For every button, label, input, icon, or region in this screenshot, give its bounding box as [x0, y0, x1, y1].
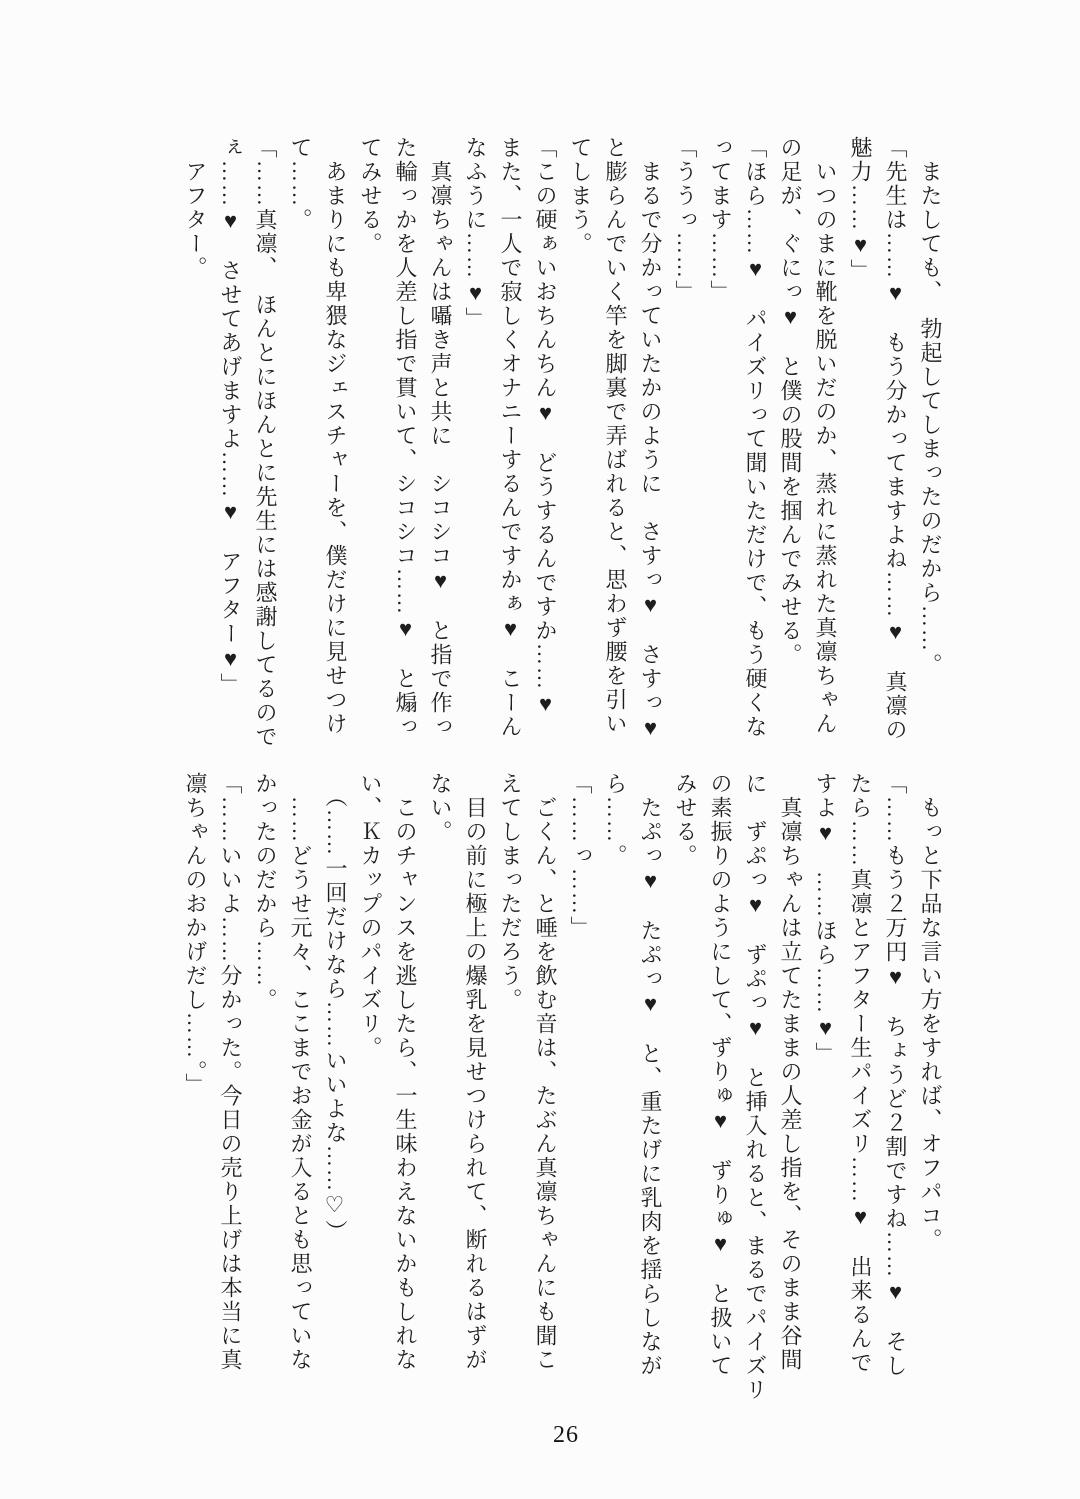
novel-page: またしても、 勃起してしまったのだから……。「先生は……♥ もう分かってますよね…: [0, 0, 1080, 1499]
text-line: 凛ちゃんのおかげだし……。」: [178, 772, 213, 1404]
text-line: 「……真凛、 ほんとにほんとに先生には感謝してるので: [248, 136, 283, 768]
text-line: 目の前に極上の爆乳を見せつけられて、断れるはずが: [458, 772, 493, 1404]
text-line: 「先生は……♥ もう分かってますよね……♥ 真凛の: [878, 136, 913, 768]
text-line: の素振りのようにして、ずりゅ♥ ずりゅ♥ と扱いて: [703, 772, 738, 1404]
text-line: まるで分かっていたかのように さすっ♥ さすっ♥: [633, 136, 668, 768]
text-line: 「……もう２万円♥ ちょうど２割ですね……♥ そし: [878, 772, 913, 1404]
text-line: ぇ……♥ させてあげますよ……♥ アフター♥」: [213, 136, 248, 768]
text-line: （……一回だけなら……いいよな……♡）: [318, 772, 353, 1404]
text-line: かったのだから……。: [248, 772, 283, 1404]
text-line: ってます……」: [703, 136, 738, 768]
text-line: 「ほら……♥ パイズリって聞いただけで、もう硬くな: [738, 136, 773, 768]
text-line: たら……真凛とアフター生パイズリ……♥ 出来るんで: [843, 772, 878, 1404]
text-line: 「ううっ……」: [668, 136, 703, 768]
text-line: このチャンスを逃したら、一生味わえないかもしれな: [388, 772, 423, 1404]
text-line: ら……。: [598, 772, 633, 1404]
text-line: あまりにも卑猥なジェスチャーを、僕だけに見せつけ: [318, 136, 353, 768]
text-line: て……。: [283, 136, 318, 768]
text-line: た輪っかを人差し指で貫いて、シコシコ……♥ と煽っ: [388, 136, 423, 768]
text-line: 真凛ちゃんは立てたままの人差し指を、そのまま谷間: [773, 772, 808, 1404]
text-line: い、Ｋカップのパイズリ。: [353, 772, 388, 1404]
text-line: てしまう。: [563, 136, 598, 768]
text-line: ない。: [423, 772, 458, 1404]
text-block-bottom: もっと下品な言い方をすれば、オフパコ。「……もう２万円♥ ちょうど２割ですね………: [178, 772, 948, 1404]
text-line: またしても、 勃起してしまったのだから……。: [913, 136, 948, 768]
text-line: てみせる。: [353, 136, 388, 768]
text-line: たぷっ♥ たぷっ♥ と、重たげに乳肉を揺らしなが: [633, 772, 668, 1404]
page-number: 26: [553, 1422, 579, 1449]
text-line: 真凛ちゃんは囁き声と共に シコシコ♥ と指で作っ: [423, 136, 458, 768]
text-line: 「この硬ぁいおちんちん♥ どうするんですか……♥: [528, 136, 563, 768]
text-line: えてしまっただろう。: [493, 772, 528, 1404]
text-block-top: またしても、 勃起してしまったのだから……。「先生は……♥ もう分かってますよね…: [178, 136, 948, 768]
text-line: アフター。: [178, 136, 213, 768]
text-line: いつのまに靴を脱いだのか、蒸れに蒸れた真凛ちゃん: [808, 136, 843, 768]
text-line: 「……いいよ……分かった。今日の売り上げは本当に真: [213, 772, 248, 1404]
text-line: 魅力……♥」: [843, 136, 878, 768]
text-line: 「……っ……」: [563, 772, 598, 1404]
text-line: ……どうせ元々、ここまでお金が入るとも思っていな: [283, 772, 318, 1404]
text-line: また、一人で寂しくオナニーするんですかぁ♥ こーん: [493, 136, 528, 768]
text-line: ごくん、と唾を飲む音は、たぶん真凛ちゃんにも聞こ: [528, 772, 563, 1404]
text-line: もっと下品な言い方をすれば、オフパコ。: [913, 772, 948, 1404]
text-line: に ずぷっ♥ ずぷっ♥ と挿入れると、まるでパイズリ: [738, 772, 773, 1404]
text-line: すよ♥ ……ほら……♥」: [808, 772, 843, 1404]
text-line: なふうに……♥」: [458, 136, 493, 768]
text-line: と膨らんでいく竿を脚裏で弄ばれると、思わず腰を引い: [598, 136, 633, 768]
text-line: みせる。: [668, 772, 703, 1404]
text-line: の足が、ぐにっ♥ と僕の股間を掴んでみせる。: [773, 136, 808, 768]
